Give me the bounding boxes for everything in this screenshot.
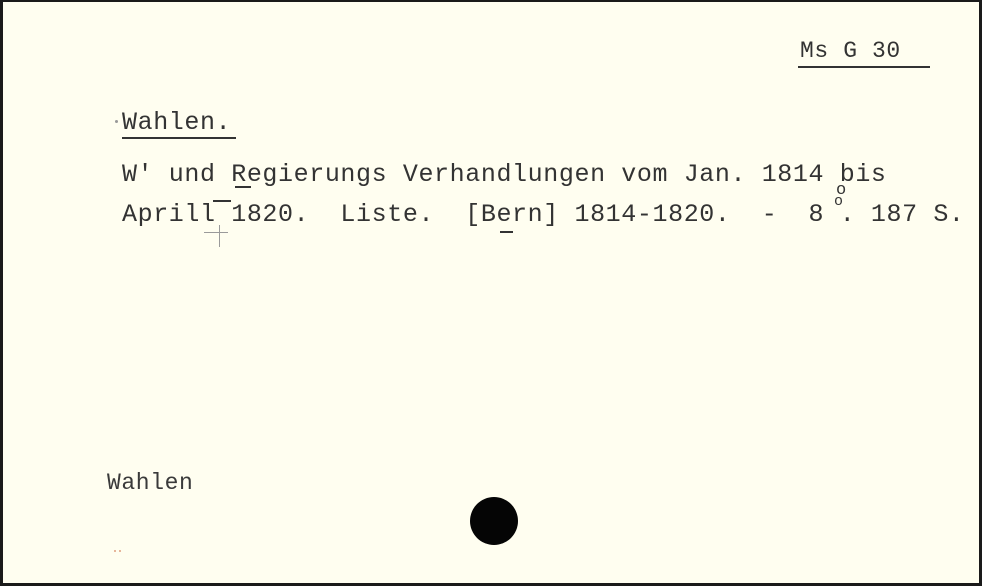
pencil-cross-icon	[204, 225, 230, 247]
description-line-1: W' und Regierungs Verhandlungen vom Jan.…	[122, 162, 887, 187]
card-heading: Wahlen.	[122, 110, 231, 135]
letter-underline-mark	[235, 186, 251, 188]
shelfmark-underline	[798, 66, 930, 68]
heading-underline	[122, 137, 236, 139]
shelfmark: Ms G 30	[800, 40, 901, 63]
format-degree-mark: o	[834, 194, 844, 209]
catalog-card: Ms G 30 Wahlen. W' und Regierungs Verhan…	[0, 0, 982, 586]
subject-tracing: Wahlen	[107, 472, 193, 495]
pencil-mark	[115, 120, 118, 123]
punch-hole	[470, 497, 518, 545]
stain-speck	[119, 550, 121, 552]
stain-speck	[114, 550, 116, 552]
bern-underline-mark	[500, 231, 513, 233]
overline-mark	[213, 200, 231, 202]
